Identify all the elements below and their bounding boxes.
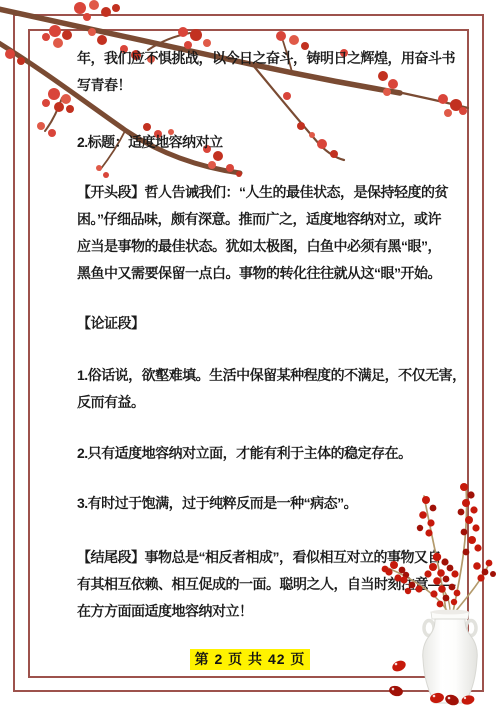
- paragraph-point-2: 2.只有适度地容纳对立面，才能有利于主体的稳定存在。: [77, 440, 457, 467]
- text-line: 反而有益。: [77, 389, 457, 416]
- text-line: 【结尾段】事物总是“相反者相成”，看似相互对立的事物又自: [77, 544, 457, 571]
- page-number-highlight: 第 2 页 共 42 页: [190, 649, 311, 670]
- text-line: 3.有时过于饱满，过于纯粹反而是一种“病态”。: [77, 490, 457, 517]
- text-line: 2.标题：适度地容纳对立: [77, 129, 457, 156]
- text-line: 困。”仔细品味，颇有深意。推而广之，适度地容纳对立，或许: [77, 206, 457, 233]
- document-text: 年，我们应不惧挑战，以今日之奋斗，铸明日之辉煌，用奋斗书写青春！ 2.标题：适度…: [0, 0, 500, 707]
- text-line: 在方方面面适度地容纳对立！: [77, 598, 457, 625]
- text-line: 应当是事物的最佳状态。犹如太极图，白鱼中必须有黑“眼”，: [77, 233, 457, 260]
- text-line: 写青春！: [77, 72, 457, 99]
- paragraph-closing: 【结尾段】事物总是“相反者相成”，看似相互对立的事物又自有其相互依赖、相互促成的…: [77, 544, 457, 625]
- paragraph-title: 2.标题：适度地容纳对立: [77, 129, 457, 156]
- paragraph-point-3: 3.有时过于饱满，过于纯粹反而是一种“病态”。: [77, 490, 457, 517]
- text-line: 1.俗话说，欲壑难填。生活中保留某种程度的不满足，不仅无害，: [77, 362, 457, 389]
- paragraph: 年，我们应不惧挑战，以今日之奋斗，铸明日之辉煌，用奋斗书写青春！: [77, 45, 457, 99]
- paragraph-point-1: 1.俗话说，欲壑难填。生活中保留某种程度的不满足，不仅无害，反而有益。: [77, 362, 457, 416]
- paragraph-argument-label: 【论证段】: [77, 310, 457, 337]
- text-line: 有其相互依赖、相互促成的一面。聪明之人，自当时刻注意——: [77, 571, 457, 598]
- text-line: 2.只有适度地容纳对立面，才能有利于主体的稳定存在。: [77, 440, 457, 467]
- text-line: 年，我们应不惧挑战，以今日之奋斗，铸明日之辉煌，用奋斗书: [77, 45, 457, 72]
- text-line: 【论证段】: [77, 310, 457, 337]
- text-line: 【开头段】哲人告诫我们：“人生的最佳状态，是保持轻度的贫: [77, 179, 457, 206]
- paragraph-opening: 【开头段】哲人告诫我们：“人生的最佳状态，是保持轻度的贫困。”仔细品味，颇有深意…: [77, 179, 457, 287]
- page-footer: 第 2 页 共 42 页: [0, 649, 500, 670]
- document-page: 年，我们应不惧挑战，以今日之奋斗，铸明日之辉煌，用奋斗书写青春！ 2.标题：适度…: [0, 0, 500, 707]
- text-line: 黑鱼中又需要保留一点白。事物的转化往往就从这“眼”开始。: [77, 260, 457, 287]
